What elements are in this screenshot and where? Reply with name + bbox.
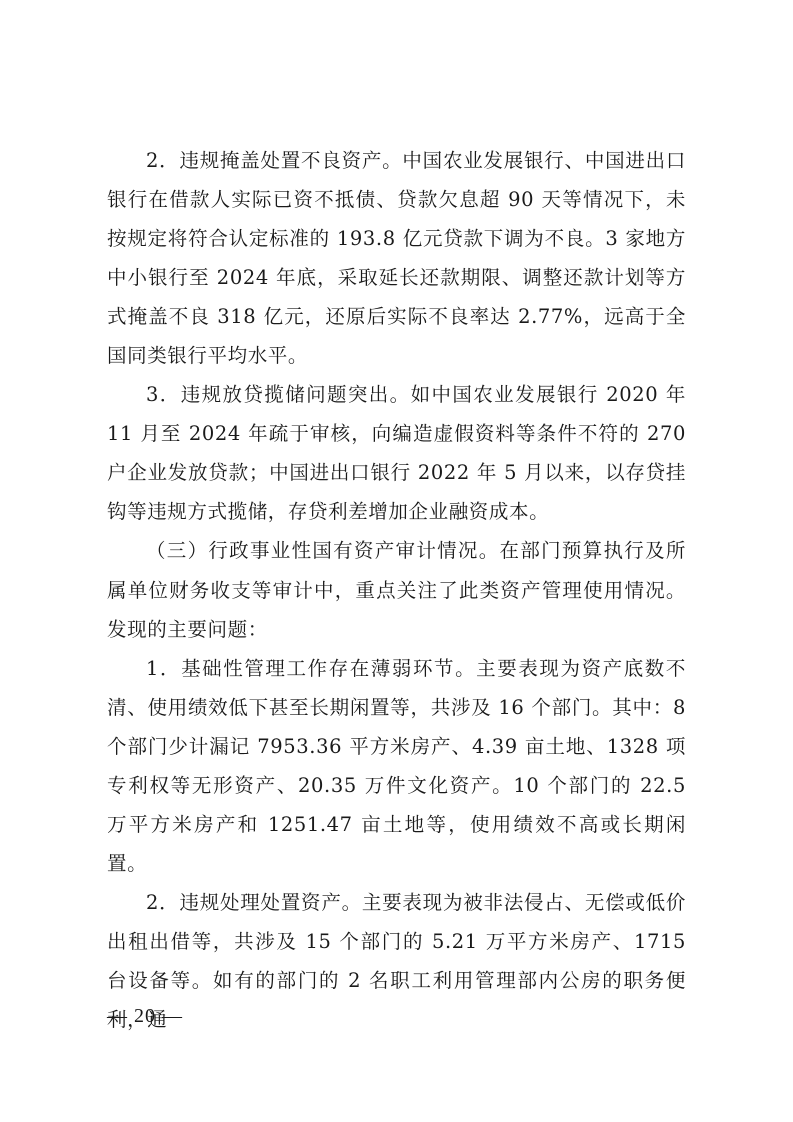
paragraph-illegal-lending: 3．违规放贷揽储问题突出。如中国农业发展银行 2020 年 11 月至 2024…: [107, 375, 686, 531]
paragraph-illegal-disposal: 2．违规处理处置资产。主要表现为被非法侵占、无偿或低价出租出借等，共涉及 15 …: [107, 883, 686, 1039]
paragraph-basic-management: 1．基础性管理工作存在薄弱环节。主要表现为资产底数不清、使用绩效低下甚至长期闲置…: [107, 649, 686, 883]
section-heading: （三）行政事业性国有资产审计情况。: [146, 539, 500, 562]
paragraph-section-administrative-assets: （三）行政事业性国有资产审计情况。在部门预算执行及所属单位财务收支等审计中，重点…: [107, 531, 686, 648]
page-number: — 20 —: [107, 1005, 183, 1028]
paragraph-nonperforming-assets: 2．违规掩盖处置不良资产。中国农业发展银行、中国进出口银行在借款人实际已资不抵债…: [107, 141, 686, 375]
document-page: 2．违规掩盖处置不良资产。中国农业发展银行、中国进出口银行在借款人实际已资不抵债…: [107, 141, 686, 1039]
